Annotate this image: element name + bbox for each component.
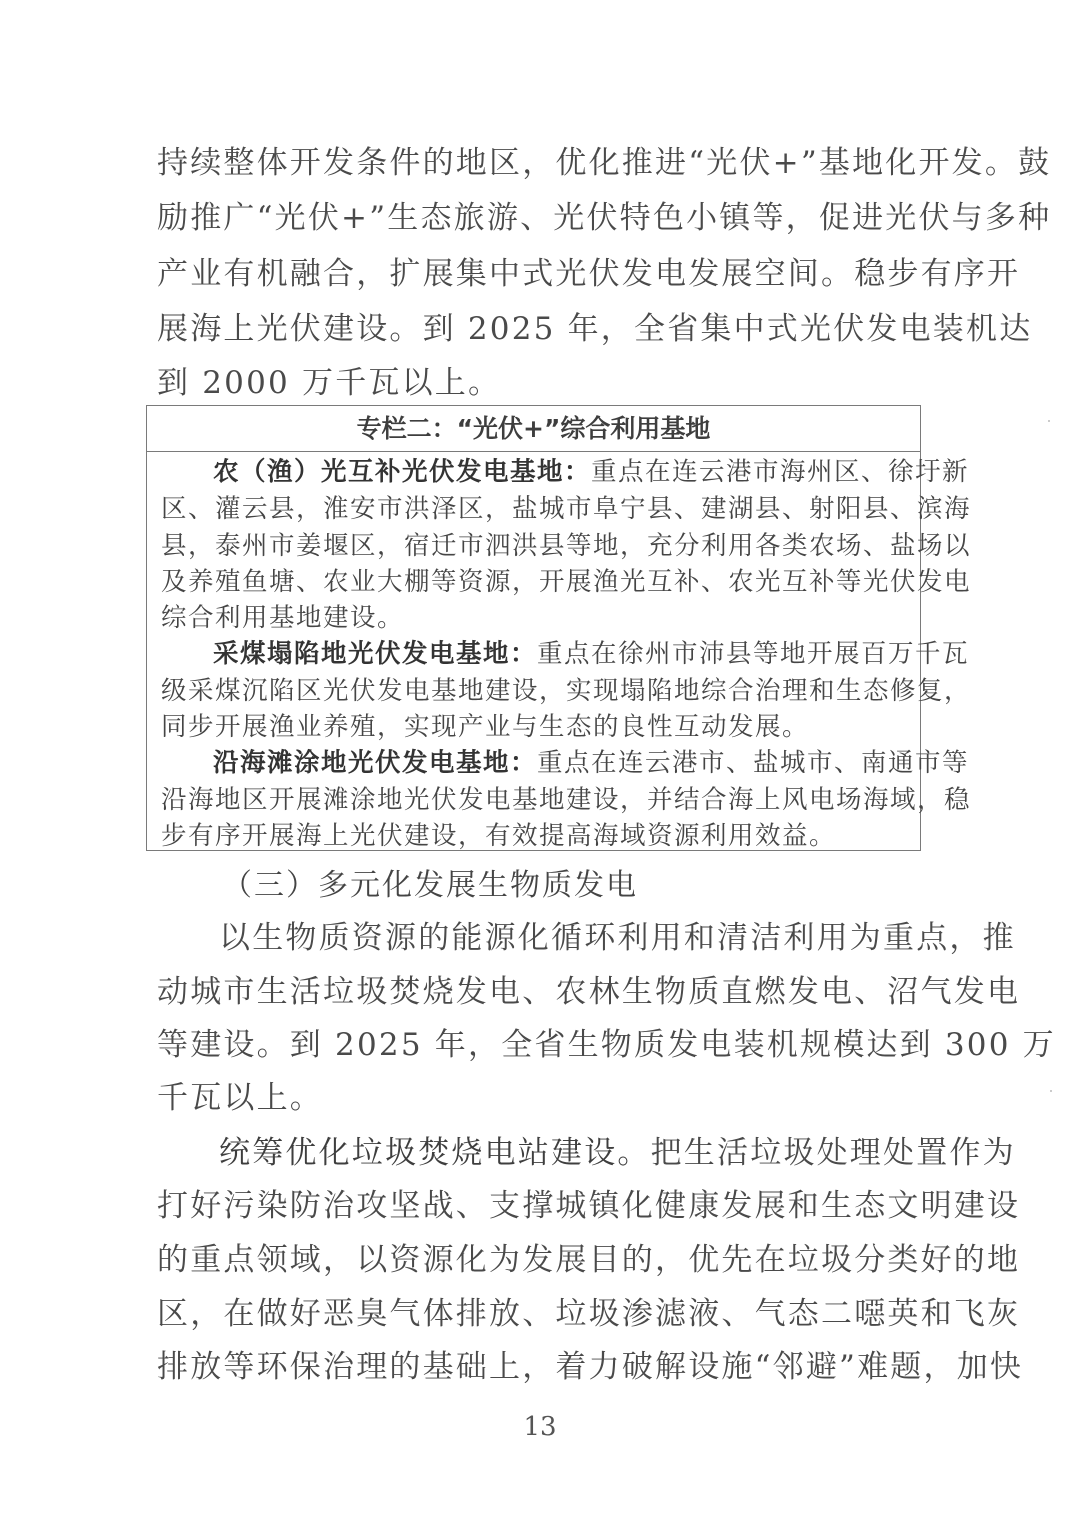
feature-box: 专栏二：“光伏+”综合利用基地 农（渔）光互补光伏发电基地：重点在连云港市海州区… <box>146 405 921 851</box>
paragraph-lead: 统筹优化垃圾焚烧电站建设。 <box>219 1135 651 1171</box>
box-line: 及养殖鱼塘、农业大棚等资源，开展渔光互补、农光互补等光伏发电 <box>161 566 971 598</box>
body-text-line: 的重点领域，以资源化为发展目的，优先在垃圾分类好的地 <box>157 1240 917 1280</box>
box-line: 步有序开展海上光伏建设，有效提高海域资源利用效益。 <box>161 820 836 852</box>
box-term: 农（渔）光互补光伏发电基地： <box>213 457 591 487</box>
scan-speck <box>1050 1090 1052 1092</box>
body-text-line: 以生物质资源的能源化循环利用和清洁利用为重点，推 <box>219 918 919 958</box>
box-line: 区、灌云县，淮安市洪泽区，盐城市阜宁县、建湖县、射阳县、滨海 <box>161 493 971 525</box>
box-term: 采煤塌陷地光伏发电基地： <box>213 639 537 669</box>
box-text: 重点在连云港市、盐城市、南通市等 <box>537 748 969 778</box>
box-text: 重点在连云港市海州区、徐圩新 <box>591 457 969 487</box>
body-text-line: 持续整体开发条件的地区，优化推进“光伏+”基地化开发。鼓 <box>157 143 917 183</box>
section-heading: （三）多元化发展生物质发电 <box>222 866 638 906</box>
feature-box-title: 专栏二：“光伏+”综合利用基地 <box>147 406 920 452</box>
body-text-line: 千瓦以上。 <box>157 1078 917 1118</box>
body-text-line: 励推广“光伏+”生态旅游、光伏特色小镇等，促进光伏与多种 <box>157 198 917 238</box>
box-text: 重点在徐州市沛县等地开展百万千瓦 <box>537 639 969 669</box>
body-text-line: 区，在做好恶臭气体排放、垃圾渗滤液、气态二噁英和飞灰 <box>157 1294 917 1334</box>
body-text-line: 打好污染防治攻坚战、支撑城镇化健康发展和生态文明建设 <box>157 1186 917 1226</box>
box-line: 级采煤沉陷区光伏发电基地建设，实现塌陷地综合治理和生态修复， <box>161 675 971 707</box>
box-term: 沿海滩涂地光伏发电基地： <box>213 748 537 778</box>
body-text-line: 产业有机融合，扩展集中式光伏发电发展空间。稳步有序开 <box>157 254 917 294</box>
body-text: 把生活垃圾处理处置作为 <box>651 1135 1016 1171</box>
box-line: 同步开展渔业养殖，实现产业与生态的良性互动发展。 <box>161 711 809 743</box>
scan-speck <box>1048 420 1050 422</box>
box-line: 沿海地区开展滩涂地光伏发电基地建设，并结合海上风电场海域，稳 <box>161 784 971 816</box>
box-line: 农（渔）光互补光伏发电基地：重点在连云港市海州区、徐圩新 <box>213 456 969 488</box>
body-text-line: 排放等环保治理的基础上，着力破解设施“邻避”难题，加快 <box>157 1347 917 1387</box>
box-line: 综合利用基地建设。 <box>161 602 404 634</box>
body-text-line: 动城市生活垃圾焚烧发电、农林生物质直燃发电、沼气发电 <box>157 972 917 1012</box>
page-number: 13 <box>0 1410 1080 1444</box>
box-line: 沿海滩涂地光伏发电基地：重点在连云港市、盐城市、南通市等 <box>213 747 969 779</box>
body-text-line: 等建设。到 2025 年，全省生物质发电装机规模达到 300 万 <box>157 1025 917 1065</box>
body-text-line: 统筹优化垃圾焚烧电站建设。把生活垃圾处理处置作为 <box>219 1133 919 1173</box>
body-text-line: 展海上光伏建设。到 2025 年，全省集中式光伏发电装机达 <box>157 309 917 349</box>
box-line: 采煤塌陷地光伏发电基地：重点在徐州市沛县等地开展百万千瓦 <box>213 638 969 670</box>
body-text-line: 到 2000 万千瓦以上。 <box>157 363 917 403</box>
box-line: 县，泰州市姜堰区，宿迁市泗洪县等地，充分利用各类农场、盐场以 <box>161 530 971 562</box>
